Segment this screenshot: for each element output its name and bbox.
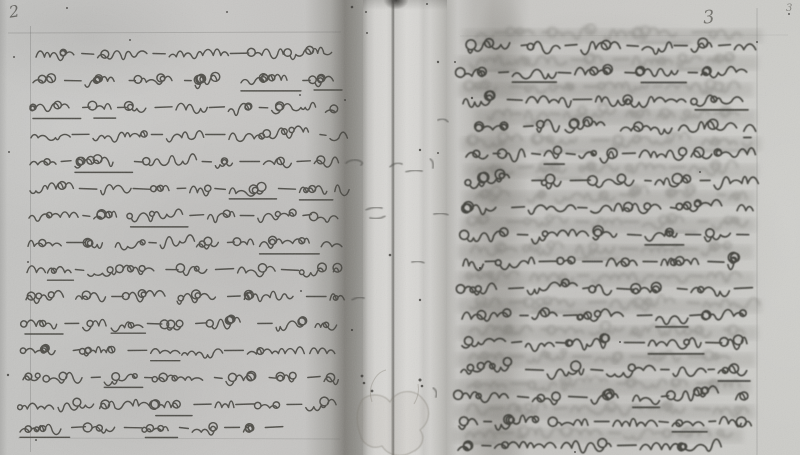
corner-mark: 3 bbox=[786, 3, 792, 14]
manuscript-scan: 2 3 3 bbox=[0, 0, 800, 455]
handwriting-layer bbox=[0, 0, 800, 455]
paper-grain-texture bbox=[0, 0, 800, 455]
right-page-number: 3 bbox=[702, 6, 716, 28]
